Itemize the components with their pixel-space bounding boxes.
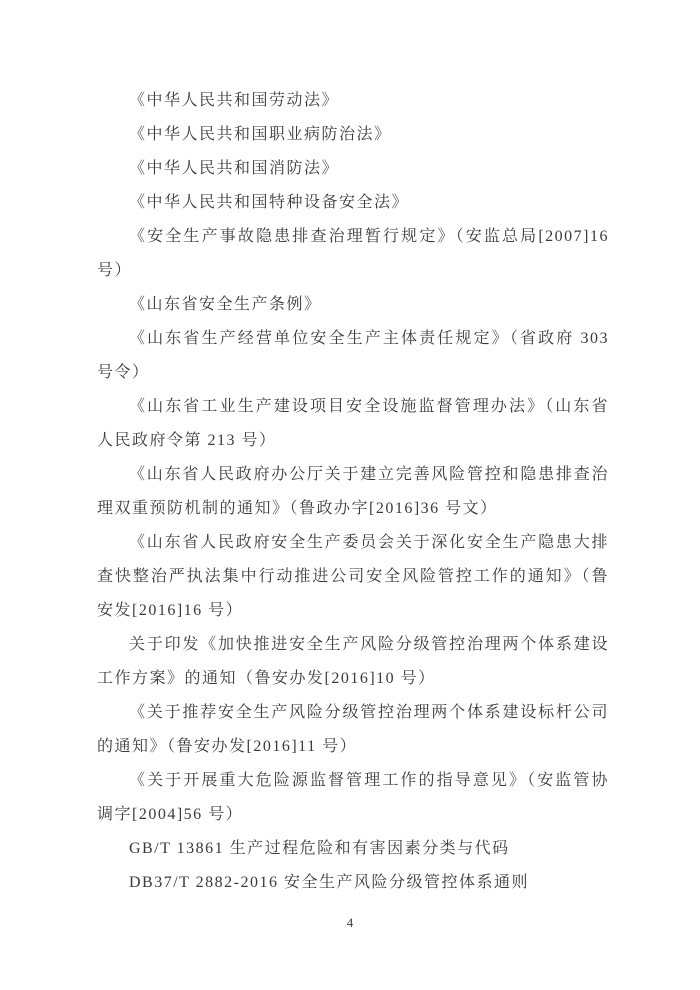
- paragraph: 关于印发《加快推进安全生产风险分级管控治理两个体系建设工作方案》的通知（鲁安办发…: [97, 628, 609, 696]
- paragraph: 《安全生产事故隐患排查治理暂行规定》（安监总局[2007]16 号）: [97, 220, 609, 288]
- paragraph: 《中华人民共和国职业病防治法》: [97, 118, 609, 152]
- paragraph: GB/T 13861 生产过程危险和有害因素分类与代码: [97, 832, 609, 866]
- paragraph: DB37/T 2882-2016 安全生产风险分级管控体系通则: [97, 866, 609, 900]
- paragraph: 《中华人民共和国消防法》: [97, 152, 609, 186]
- paragraph: 《山东省人民政府安全生产委员会关于深化安全生产隐患大排查快整治严执法集中行动推进…: [97, 526, 609, 628]
- paragraph: 《山东省人民政府办公厅关于建立完善风险管控和隐患排查治理双重预防机制的通知》（鲁…: [97, 458, 609, 526]
- paragraph: 《山东省生产经营单位安全生产主体责任规定》（省政府 303 号令）: [97, 322, 609, 390]
- document-body: 《中华人民共和国劳动法》 《中华人民共和国职业病防治法》 《中华人民共和国消防法…: [97, 84, 609, 900]
- paragraph: 《中华人民共和国劳动法》: [97, 84, 609, 118]
- document-page: 《中华人民共和国劳动法》 《中华人民共和国职业病防治法》 《中华人民共和国消防法…: [0, 0, 700, 990]
- paragraph: 《关于开展重大危险源监督管理工作的指导意见》（安监管协调字[2004]56 号）: [97, 764, 609, 832]
- paragraph: 《山东省工业生产建设项目安全设施监督管理办法》（山东省人民政府令第 213 号）: [97, 390, 609, 458]
- page-number: 4: [0, 915, 700, 931]
- paragraph: 《山东省安全生产条例》: [97, 288, 609, 322]
- paragraph: 《中华人民共和国特种设备安全法》: [97, 186, 609, 220]
- paragraph: 《关于推荐安全生产风险分级管控治理两个体系建设标杆公司的通知》（鲁安办发[201…: [97, 696, 609, 764]
